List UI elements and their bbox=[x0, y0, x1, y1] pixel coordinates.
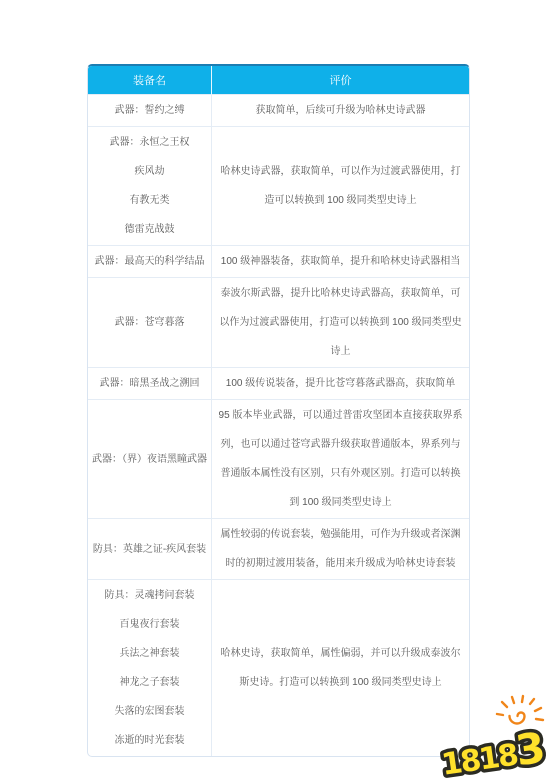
equipment-comparison-table: 装备名 评价 武器：誓约之缚获取简单，后续可升级为哈林史诗武器武器：永恒之王权疾… bbox=[88, 66, 469, 756]
equipment-name-line: 兵法之神套装 bbox=[92, 639, 207, 668]
equipment-name-cell: 武器：暗黑圣战之溯回 bbox=[88, 368, 212, 400]
table-row: 武器：永恒之王权疾风劫有教无类德雷克战鼓哈林史诗武器，获取简单，可以作为过渡武器… bbox=[88, 127, 469, 246]
equipment-name-cell: 武器：苍穹暮落 bbox=[88, 278, 212, 368]
equipment-name-cell: 防具：灵魂拷问套装百鬼夜行套装兵法之神套装神龙之子套装失落的宏图套装冻逝的时光套… bbox=[88, 580, 212, 757]
equipment-table-body: 武器：誓约之缚获取简单，后续可升级为哈林史诗武器武器：永恒之王权疾风劫有教无类德… bbox=[88, 95, 469, 757]
equipment-name-line: 武器：永恒之王权 bbox=[92, 128, 207, 157]
equipment-name-line: 武器：誓约之缚 bbox=[92, 96, 207, 125]
equipment-name-line: 防具：英雄之证-疾风套装 bbox=[92, 535, 207, 564]
table-row: 防具：灵魂拷问套装百鬼夜行套装兵法之神套装神龙之子套装失落的宏图套装冻逝的时光套… bbox=[88, 580, 469, 757]
equipment-name-line: 防具：灵魂拷问套装 bbox=[92, 581, 207, 610]
review-cell: 100 级传说装备，提升比苍穹暮落武器高，获取简单 bbox=[212, 368, 470, 400]
equipment-name-line: 百鬼夜行套装 bbox=[92, 610, 207, 639]
equipment-name-line: 冻逝的时光套装 bbox=[92, 726, 207, 755]
table-row: 武器：（界）夜语黑瞳武器95 版本毕业武器，可以通过普雷攻坚团本直接获取界系列，… bbox=[88, 400, 469, 519]
equipment-name-line: 武器：苍穹暮落 bbox=[92, 308, 207, 337]
page: 装备名 评价 武器：誓约之缚获取简单，后续可升级为哈林史诗武器武器：永恒之王权疾… bbox=[0, 0, 553, 782]
equipment-name-cell: 武器：永恒之王权疾风劫有教无类德雷克战鼓 bbox=[88, 127, 212, 246]
table-row: 武器：誓约之缚获取简单，后续可升级为哈林史诗武器 bbox=[88, 95, 469, 127]
equipment-name-cell: 武器：誓约之缚 bbox=[88, 95, 212, 127]
equipment-name-line: 有教无类 bbox=[92, 186, 207, 215]
review-cell: 哈林史诗武器，获取简单，可以作为过渡武器使用，打造可以转换到 100 级同类型史… bbox=[212, 127, 470, 246]
table-row: 武器：最高天的科学结晶100 级神器装备，获取简单，提升和哈林史诗武器相当 bbox=[88, 246, 469, 278]
table-row: 武器：暗黑圣战之溯回100 级传说装备，提升比苍穹暮落武器高，获取简单 bbox=[88, 368, 469, 400]
review-cell: 95 版本毕业武器，可以通过普雷攻坚团本直接获取界系列，也可以通过苍穹武器升级获… bbox=[212, 400, 470, 519]
review-cell: 100 级神器装备，获取简单，提升和哈林史诗武器相当 bbox=[212, 246, 470, 278]
column-header-review: 评价 bbox=[212, 66, 470, 95]
review-cell: 泰波尔斯武器，提升比哈林史诗武器高，获取简单，可以作为过渡武器使用，打造可以转换… bbox=[212, 278, 470, 368]
review-cell: 属性较弱的传说套装，勉强能用，可作为升级或者深渊时的初期过渡用装备，能用来升级成… bbox=[212, 519, 470, 580]
svg-text:18183: 18183 bbox=[438, 723, 547, 780]
column-header-equipment-name: 装备名 bbox=[88, 66, 212, 95]
table-header-row: 装备名 评价 bbox=[88, 66, 469, 95]
equipment-name-cell: 武器：（界）夜语黑瞳武器 bbox=[88, 400, 212, 519]
18183-logo: 18183 18183 bbox=[431, 694, 553, 780]
table-row: 武器：苍穹暮落泰波尔斯武器，提升比哈林史诗武器高，获取简单，可以作为过渡武器使用… bbox=[88, 278, 469, 368]
sunburst-icon bbox=[497, 696, 543, 724]
equipment-name-line: 武器：最高天的科学结晶 bbox=[92, 247, 207, 276]
equipment-name-line: 武器：暗黑圣战之溯回 bbox=[92, 369, 207, 398]
equipment-name-line: 疾风劫 bbox=[92, 157, 207, 186]
logo-text: 18183 18183 bbox=[438, 723, 547, 780]
equipment-name-cell: 防具：英雄之证-疾风套装 bbox=[88, 519, 212, 580]
equipment-name-line: 失落的宏图套装 bbox=[92, 697, 207, 726]
table-row: 防具：英雄之证-疾风套装属性较弱的传说套装，勉强能用，可作为升级或者深渊时的初期… bbox=[88, 519, 469, 580]
equipment-table: 装备名 评价 武器：誓约之缚获取简单，后续可升级为哈林史诗武器武器：永恒之王权疾… bbox=[87, 64, 470, 757]
equipment-name-line: 武器：（界）夜语黑瞳武器 bbox=[92, 445, 207, 474]
equipment-name-cell: 武器：最高天的科学结晶 bbox=[88, 246, 212, 278]
review-cell: 获取简单，后续可升级为哈林史诗武器 bbox=[212, 95, 470, 127]
equipment-name-line: 神龙之子套装 bbox=[92, 668, 207, 697]
equipment-name-line: 德雷克战鼓 bbox=[92, 215, 207, 244]
